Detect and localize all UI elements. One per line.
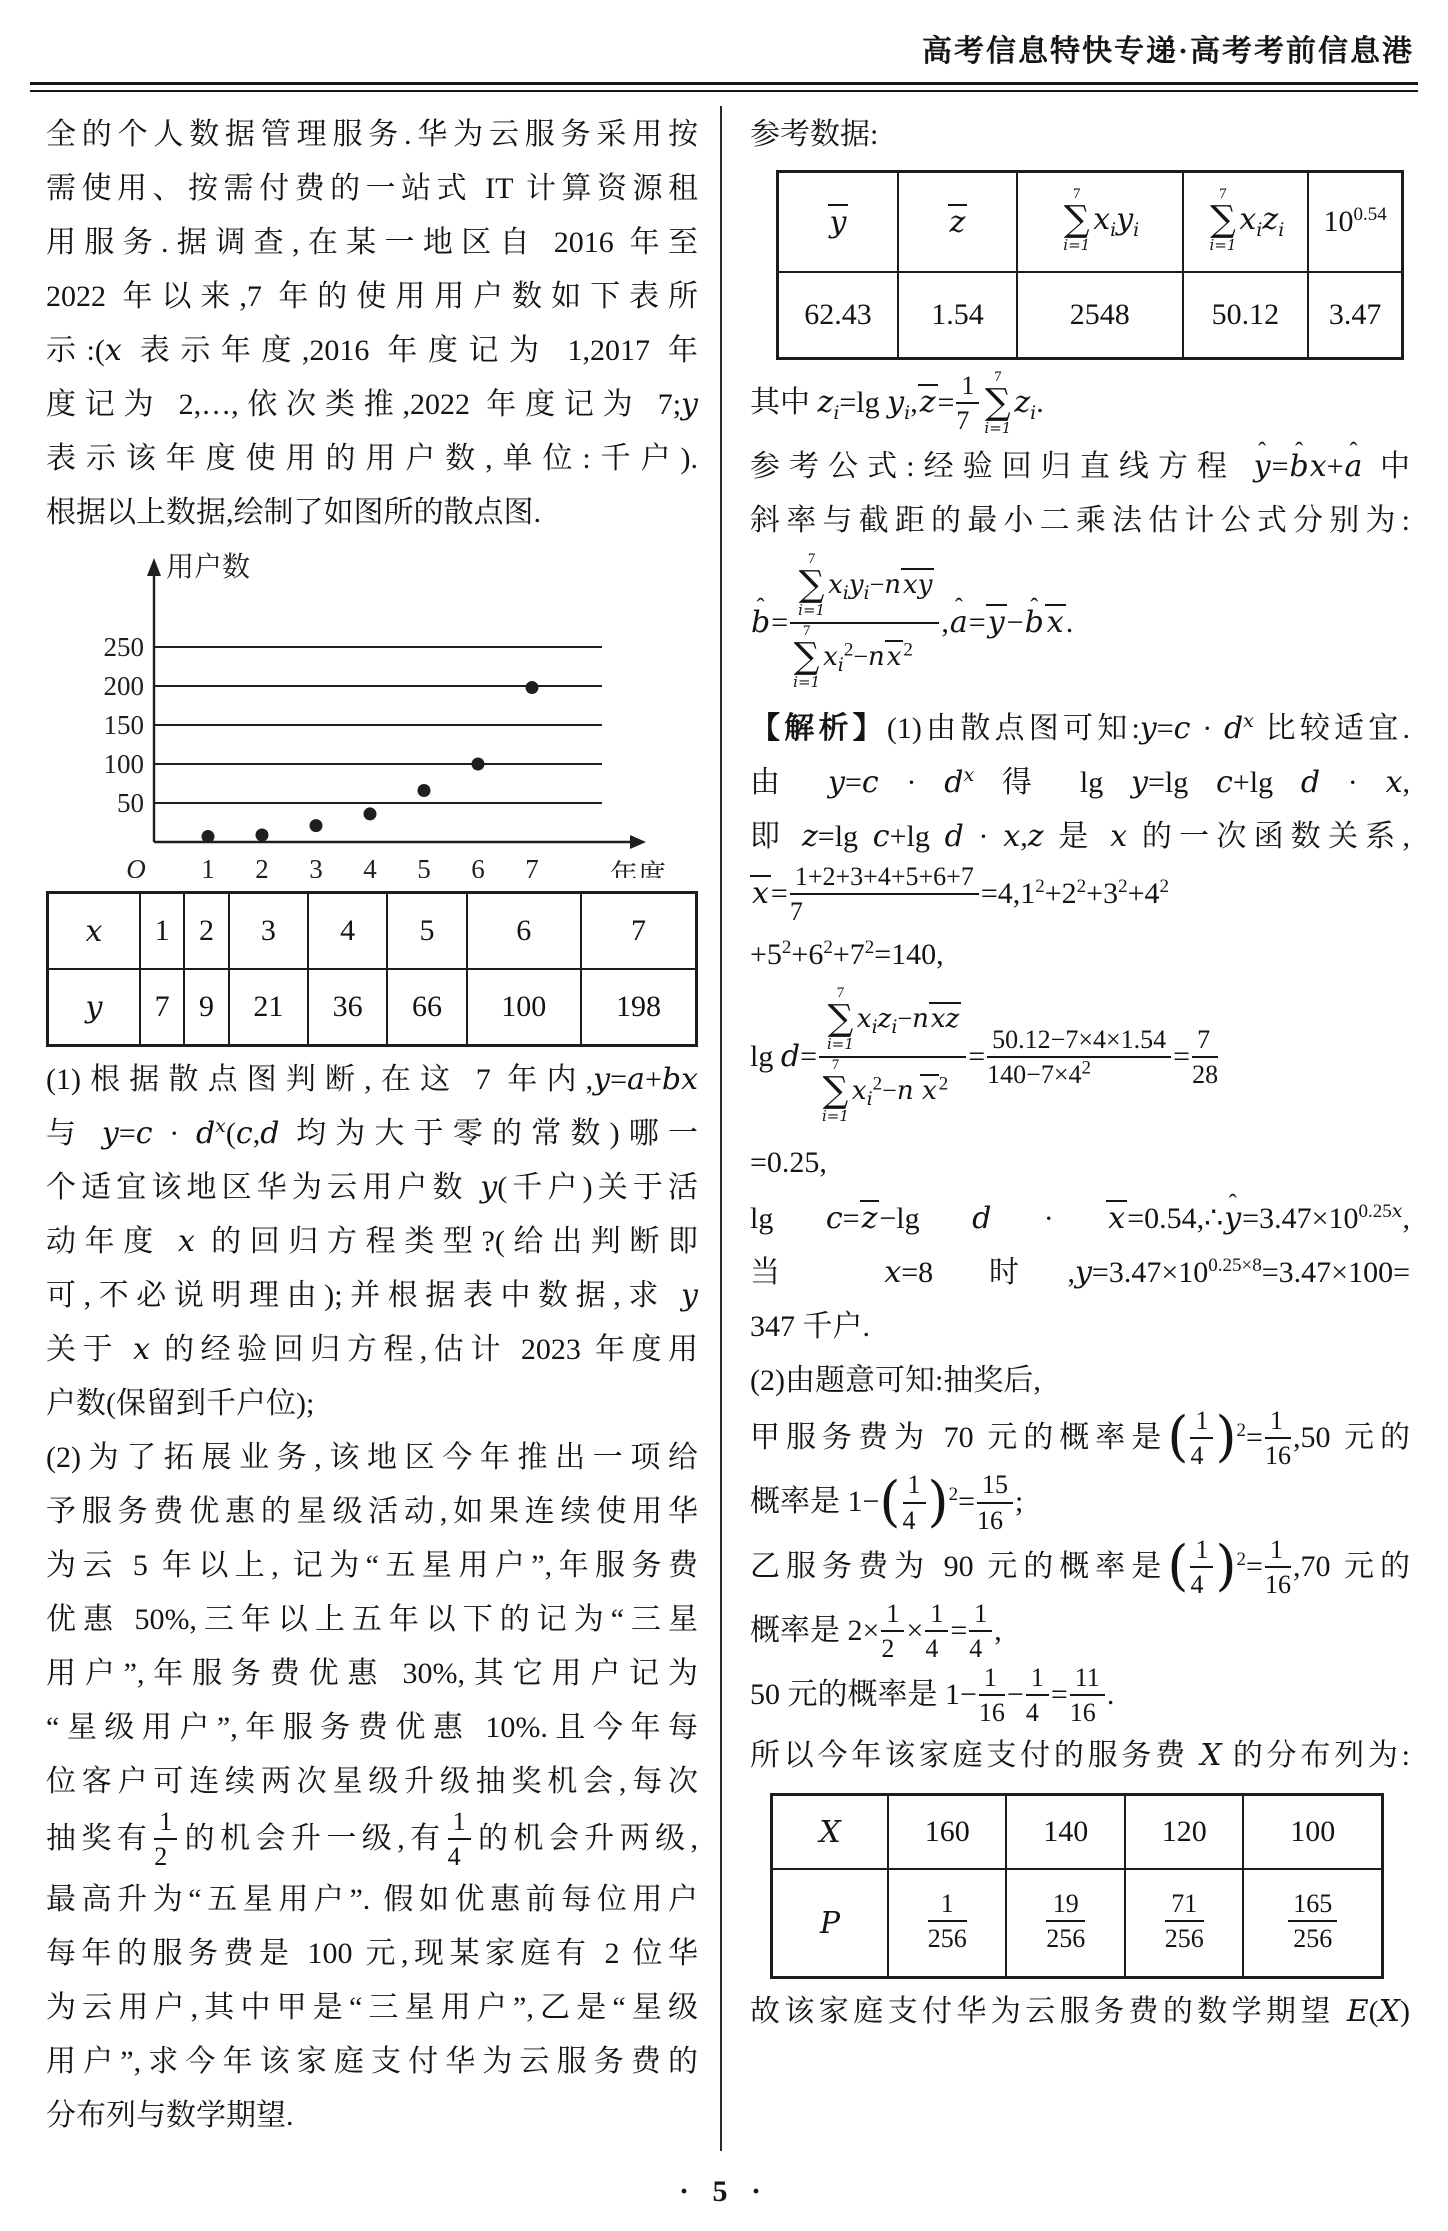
math-token: n xyxy=(897,1076,914,1106)
math-token: z xyxy=(946,1004,960,1034)
intro-paragraph: 全的个人数据管理服务.华为云服务采用按需使用、按需付费的一站式 IT 计算资源租… xyxy=(46,108,698,540)
solution-line: 由 y=c · dx 得 lg y=lg c+lg d · x, xyxy=(750,756,1410,810)
math-token: 7∑i=1 xyxy=(984,370,1011,436)
math-token: c xyxy=(1216,765,1233,800)
math-token: d xyxy=(945,819,964,854)
math-token: 7∑i=1 xyxy=(822,1058,849,1124)
math-token: ˆy xyxy=(1254,438,1271,494)
solution-paragraph: 其中 zi=lg yi,z=177∑i=1zi.参考公式:经验回归直线方程 ˆy… xyxy=(750,372,1410,1783)
math-token: 2 xyxy=(949,1484,959,1505)
math-token: 2 xyxy=(1081,1058,1091,1079)
question-line: 用户”,年服务费优惠 30%,其它用户记为 xyxy=(46,1647,698,1701)
intro-line: 表示该年度使用的用户数,单位:千户). xyxy=(46,432,698,486)
math-token: d xyxy=(781,1039,800,1074)
math-token: 14 xyxy=(925,1599,948,1663)
math-token: i xyxy=(904,403,910,424)
x-tick-label: 1 xyxy=(201,854,215,878)
table-cell: 36 xyxy=(308,969,387,1046)
math-token: 2 xyxy=(782,937,792,958)
question-paragraph: (1)根据散点图判断,在这 7 年内,y=a+bx与 y=c · dx(c,d … xyxy=(46,1053,698,2143)
math-token: c xyxy=(826,1201,843,1236)
math-token: x xyxy=(1093,202,1110,237)
math-token: x xyxy=(178,1224,195,1259)
table-cell: 100.54 xyxy=(1308,172,1402,273)
table-cell: 19256 xyxy=(1006,1869,1124,1978)
page-number: · 5 · xyxy=(679,2175,769,2208)
math-token: ˆa xyxy=(950,594,968,650)
reference-data-table: yz7∑i=1xiyi7∑i=1xizi100.5462.431.5425485… xyxy=(776,170,1404,360)
table-cell: 5 xyxy=(387,893,466,970)
math-token: x xyxy=(1110,819,1127,854)
math-token: c xyxy=(136,1116,153,1151)
data-point xyxy=(256,828,269,841)
table-cell: 2548 xyxy=(1017,272,1183,359)
y-axis-label: 用户数 xyxy=(166,551,250,583)
table-cell: 2 xyxy=(184,893,228,970)
question-line: 用户”,求今年该家庭支付华为云服务费的 xyxy=(46,2035,698,2089)
page-footer: · 5 · xyxy=(0,2175,1448,2209)
x-axis-arrow xyxy=(630,835,646,849)
math-token: d xyxy=(944,765,963,800)
table-cell: 7∑i=1xizi xyxy=(1183,172,1309,273)
question-line: 予服务费优惠的星级活动,如果连续使用华 xyxy=(46,1485,698,1539)
math-token: x xyxy=(884,1255,901,1290)
distribution-table: X160140120100P12561925671256165256 xyxy=(770,1793,1384,1979)
math-token: x xyxy=(885,640,904,671)
exam-page: 高考信息特快专递·高考考前信息港 全的个人数据管理服务.华为云服务采用按需使用、… xyxy=(0,0,1448,2231)
math-token: y xyxy=(681,387,698,422)
x-tick-label: 5 xyxy=(417,854,431,878)
left-column: 全的个人数据管理服务.华为云服务采用按需使用、按需付费的一站式 IT 计算资源租… xyxy=(30,106,722,2151)
table-cell: 21 xyxy=(229,969,308,1046)
math-token: y xyxy=(681,1278,698,1313)
math-token: x xyxy=(857,1004,872,1034)
question-line: 优惠 50%,三年以上五年以下的记为“三星 xyxy=(46,1593,698,1647)
math-token: 2 xyxy=(844,639,854,660)
math-token: 116 xyxy=(1265,1406,1291,1470)
table-cell: 3 xyxy=(229,893,308,970)
math-token: y xyxy=(102,1116,119,1151)
table-cell: 7 xyxy=(140,969,184,1046)
math-token: x xyxy=(1003,819,1020,854)
math-token: 0.54 xyxy=(1353,204,1386,225)
solution-line: 甲服务费为 70 元的概率是(14)2=116,50 元的 xyxy=(750,1408,1410,1472)
math-token: x xyxy=(852,1076,867,1106)
math-token: x xyxy=(823,642,838,672)
math-token: 116 xyxy=(979,1663,1005,1727)
solution-line: x=1+2+3+4+5+6+77=4,12+22+32+42 xyxy=(750,864,1410,928)
math-token: y xyxy=(828,765,845,800)
table-cell: y xyxy=(48,969,141,1046)
table-row: y79213666100198 xyxy=(48,969,697,1046)
table-cell: 1256 xyxy=(888,1869,1006,1978)
math-token: i xyxy=(904,402,910,424)
math-token: i xyxy=(1278,220,1284,241)
math-token: d xyxy=(1301,765,1320,800)
math-token: 7∑i=1 xyxy=(1063,187,1090,253)
math-token: x xyxy=(133,1332,150,1367)
scatter-chart-svg: 501001502002501234567O用户数年度 xyxy=(90,546,680,878)
math-token: x xyxy=(1392,1200,1403,1222)
math-token: ˆa xyxy=(1345,438,1363,494)
math-token: 2 xyxy=(903,639,913,660)
data-point xyxy=(364,807,377,820)
math-token: 50.12−7×4×1.54140−7×42 xyxy=(987,1025,1171,1089)
math-token: d xyxy=(972,1201,991,1236)
y-tick-label: 100 xyxy=(104,749,145,779)
math-token: z xyxy=(1262,202,1278,237)
intro-line: 用服务.据调查,在某一地区自 2016 年至 xyxy=(46,216,698,270)
solution-line: 当 x=8 时,y=3.47×100.25×8=3.47×100= xyxy=(750,1246,1410,1300)
math-token: 1116 xyxy=(1070,1663,1105,1727)
math-token: d xyxy=(260,1116,279,1151)
math-token: X xyxy=(1379,1994,1400,2029)
x-tick-label: 6 xyxy=(471,854,485,878)
math-token: i xyxy=(1133,220,1139,241)
math-token: y xyxy=(887,385,904,420)
table-cell: 1 xyxy=(140,893,184,970)
math-token: i xyxy=(864,583,870,604)
math-token: ( xyxy=(1167,1534,1188,1597)
math-token: x xyxy=(681,1062,698,1097)
math-token: 2 xyxy=(1237,1549,1247,1570)
math-token: x xyxy=(1243,711,1254,732)
math-token: 2 xyxy=(1160,876,1170,897)
math-token: i xyxy=(1030,402,1036,424)
math-token: x xyxy=(963,765,974,786)
math-token: z xyxy=(950,205,966,240)
table-cell: x xyxy=(48,893,141,970)
table-cell: z xyxy=(898,172,1017,273)
math-token: 14 xyxy=(969,1599,992,1663)
closing-paragraph: 故该家庭支付华为云服务费的数学期望 E(X) xyxy=(750,1985,1410,2039)
table-row: 62.431.54254850.123.47 xyxy=(778,272,1403,359)
math-token: x xyxy=(1310,449,1327,484)
right-column: 参考数据: yz7∑i=1xiyi7∑i=1xizi100.5462.431.5… xyxy=(722,106,1410,2151)
table-cell: 3.47 xyxy=(1308,272,1402,359)
table-cell: 62.43 xyxy=(778,272,899,359)
math-token: 2 xyxy=(1035,876,1045,897)
table-cell: 4 xyxy=(308,893,387,970)
math-token: 7∑i=1 xyxy=(798,552,825,618)
math-token: y xyxy=(918,570,933,600)
table-cell: 1.54 xyxy=(898,272,1017,359)
math-token: xz xyxy=(929,1002,961,1033)
math-token: 12 xyxy=(881,1599,904,1663)
math-token: x xyxy=(1106,1200,1127,1235)
math-token: 116 xyxy=(1265,1535,1291,1599)
math-token: ˆb xyxy=(1289,438,1308,494)
data-point xyxy=(310,819,323,832)
math-token: n xyxy=(884,570,901,600)
math-token: 14 xyxy=(903,1470,926,1534)
solution-line: +52+62+72=140, xyxy=(750,928,1410,982)
math-token: z xyxy=(802,819,818,854)
math-token: 14 xyxy=(1026,1663,1049,1727)
math-token: x xyxy=(215,1116,226,1137)
math-token: X xyxy=(819,1815,840,1850)
solution-line: ˆb=7∑i=1xiyi−nxy7∑i=1xi2−nx2,ˆa=y−ˆbx. xyxy=(750,556,1410,694)
math-token: z xyxy=(920,385,936,420)
table-row: X160140120100 xyxy=(772,1795,1383,1870)
solution-line: 概率是 2×12×14=14, xyxy=(750,1601,1410,1665)
math-token: 0.25x xyxy=(1359,1201,1403,1222)
data-point xyxy=(202,830,215,843)
table-cell: 7∑i=1xiyi xyxy=(1017,172,1183,273)
math-token: x xyxy=(750,875,771,910)
math-token: x xyxy=(931,1004,946,1034)
math-token: x xyxy=(1108,1201,1125,1236)
math-token: ) xyxy=(1215,1405,1236,1468)
math-token: a xyxy=(627,1062,645,1097)
math-token: z xyxy=(1014,385,1030,420)
math-token: y xyxy=(830,205,847,240)
solution-line: =0.25, xyxy=(750,1136,1410,1190)
table-cell: 9 xyxy=(184,969,228,1046)
solution-line: (2)由题意可知:抽奖后, xyxy=(750,1354,1410,1408)
math-token: x xyxy=(752,876,769,911)
math-token: ( xyxy=(1167,1405,1188,1468)
math-token: 2 xyxy=(1237,1420,1247,1441)
table-cell: 71256 xyxy=(1125,1869,1243,1978)
y-tick-label: 50 xyxy=(117,788,144,818)
table-cell: 100 xyxy=(1243,1795,1382,1870)
solution-line: 斜率与截距的最小二乘法估计公式分别为: xyxy=(750,494,1410,548)
closing-line: 故该家庭支付华为云服务费的数学期望 E(X) xyxy=(750,1985,1410,2039)
x-tick-label: 3 xyxy=(309,854,323,878)
math-token: c xyxy=(862,765,879,800)
math-token: z xyxy=(862,1201,878,1236)
math-token: 7∑i=1 xyxy=(827,986,854,1052)
math-token: x xyxy=(1386,765,1403,800)
math-token: 0.25×8 xyxy=(1208,1255,1261,1276)
page-header: 高考信息特快专递·高考考前信息港 xyxy=(30,10,1418,82)
question-line: 最高升为“五星用户”. 假如优惠前每位用户 xyxy=(46,1873,698,1927)
table-cell: y xyxy=(778,172,899,273)
question-line: 分布列与数学期望. xyxy=(46,2089,698,2143)
math-token: i xyxy=(1030,403,1036,424)
solution-line: 其中 zi=lg yi,z=177∑i=1zi. xyxy=(750,372,1410,438)
math-token: y xyxy=(849,570,864,600)
math-token: x xyxy=(215,1115,226,1137)
math-token: i xyxy=(891,1017,897,1038)
question-line: 抽奖有12的机会升一级,有14的机会升两级, xyxy=(46,1809,698,1873)
math-token: E xyxy=(1347,1994,1369,2029)
math-token: i xyxy=(833,403,839,424)
solution-line: 参考公式:经验回归直线方程 ˆy=ˆbx+ˆa 中 xyxy=(750,438,1410,494)
question-line: 位客户可连续两次星级升级抽奖机会,每次 xyxy=(46,1755,698,1809)
solution-line: 【解析】(1)由散点图可知:y=c · dx 比较适宜. xyxy=(750,702,1410,756)
intro-line: 2022 年以来,7 年的使用用户数如下表所 xyxy=(46,270,698,324)
math-token: i xyxy=(1133,219,1139,241)
solution-line: 即 z=lg c+lg d · x,z 是 x 的一次函数关系, xyxy=(750,810,1410,864)
math-token: n xyxy=(912,1004,929,1034)
table-row: P12561925671256165256 xyxy=(772,1869,1383,1978)
intro-line: 需使用、按需付费的一站式 IT 计算资源租 xyxy=(46,162,698,216)
table-cell: 66 xyxy=(387,969,466,1046)
header-title: 高考信息特快专递·高考考前信息港 xyxy=(922,35,1414,68)
math-token: z xyxy=(1028,819,1044,854)
math-token: 14 xyxy=(1190,1406,1213,1470)
math-token: X xyxy=(1200,1738,1221,1773)
intro-line: 根据以上数据,绘制了如图所的散点图. xyxy=(46,486,698,540)
y-tick-label: 250 xyxy=(104,632,145,662)
math-token: xy xyxy=(901,568,934,599)
origin-label: O xyxy=(126,854,146,878)
math-token: x xyxy=(1047,605,1064,640)
math-token: x xyxy=(920,1074,939,1105)
table-cell: P xyxy=(772,1869,889,1978)
math-token: y xyxy=(480,1170,497,1205)
solution-line: 概率是 1−(14)2=1516; xyxy=(750,1472,1410,1536)
math-token: d xyxy=(196,1116,215,1151)
math-token: x xyxy=(922,1076,937,1106)
math-token: 14 xyxy=(448,1807,471,1871)
math-token: ( xyxy=(879,1470,900,1533)
math-token: x xyxy=(105,333,122,368)
solution-line: 50 元的概率是 1−116−14=1116. xyxy=(750,1665,1410,1729)
math-token: y xyxy=(1131,765,1148,800)
math-token: z xyxy=(948,204,968,239)
x-tick-label: 2 xyxy=(255,854,269,878)
question-line: (1)根据散点图判断,在这 7 年内,y=a+bx xyxy=(46,1053,698,1107)
y-axis-arrow xyxy=(147,558,161,576)
math-token: z xyxy=(918,384,938,419)
math-token: P xyxy=(820,1906,840,1941)
scatter-chart: 501001502002501234567O用户数年度 xyxy=(90,546,698,883)
table-cell: 7 xyxy=(581,893,697,970)
solution-line: 乙服务费为 90 元的概率是(14)2=116,70 元的 xyxy=(750,1537,1410,1601)
math-token: 1+2+3+4+5+6+77 xyxy=(790,862,979,926)
math-token: x xyxy=(887,642,902,672)
math-token: 728 xyxy=(1192,1025,1218,1089)
math-token: 2 xyxy=(1077,876,1087,897)
math-token: y xyxy=(593,1062,610,1097)
math-token: z xyxy=(818,385,834,420)
math-token: ˆy xyxy=(1224,1190,1241,1246)
question-line: 为云 5 年以上, 记为“五星用户”,年服务费 xyxy=(46,1539,698,1593)
math-token: 165256 xyxy=(1288,1889,1337,1953)
math-token: 2 xyxy=(873,1074,883,1095)
question-line: 每年的服务费是 100 元,现某家庭有 2 位华 xyxy=(46,1927,698,1981)
table-cell: 50.12 xyxy=(1183,272,1309,359)
question-line: (2)为了拓展业务,该地区今年推出一项给 xyxy=(46,1431,698,1485)
question-line: 与 y=c · dx(c,d 均为大于零的常数)哪一 xyxy=(46,1107,698,1161)
math-token: y xyxy=(828,204,849,239)
solution-line: lg d=7∑i=1xizi−nxz7∑i=1xi2−n x2=50.12−7×… xyxy=(750,990,1410,1128)
math-token: y xyxy=(988,605,1005,640)
math-token: x xyxy=(1045,604,1066,639)
question-line: “星级用户”,年服务费优惠 10%.且今年每 xyxy=(46,1701,698,1755)
math-token: x xyxy=(963,764,974,786)
table-cell: 165256 xyxy=(1243,1869,1382,1978)
table-row: yz7∑i=1xiyi7∑i=1xizi100.54 xyxy=(778,172,1403,273)
math-token: 2 xyxy=(1118,876,1128,897)
math-token: z xyxy=(860,1200,880,1235)
math-token: 7∑i=1xizi−nxz7∑i=1xi2−n x2 xyxy=(819,988,966,1126)
math-token: y xyxy=(1116,202,1133,237)
y-tick-label: 200 xyxy=(104,671,145,701)
math-token: 2 xyxy=(939,1074,949,1095)
y-tick-label: 150 xyxy=(104,710,145,740)
intro-line: 全的个人数据管理服务.华为云服务采用按 xyxy=(46,108,698,162)
math-token: 7∑i=1xiyi−nxy7∑i=1xi2−nx2 xyxy=(790,554,939,692)
math-token: 【解析】 xyxy=(750,712,887,745)
math-token: 17 xyxy=(956,371,979,435)
question-line: 动年度 x 的回归方程类型?(给出判断即 xyxy=(46,1215,698,1269)
math-token: i xyxy=(891,1016,897,1038)
math-token: x xyxy=(903,570,918,600)
question-line: 个适宜该地区华为云用户数 y(千户)关于活 xyxy=(46,1161,698,1215)
math-token: ) xyxy=(1215,1534,1236,1597)
intro-line: 示:(x 表示年度,2016 年度记为 1,2017 年 xyxy=(46,324,698,378)
table-cell: 140 xyxy=(1006,1795,1124,1870)
math-token: 7∑i=1 xyxy=(793,624,820,690)
math-token: 12 xyxy=(154,1807,177,1871)
table-cell: 198 xyxy=(581,969,697,1046)
math-token: 14 xyxy=(1190,1535,1213,1599)
math-token: i xyxy=(833,402,839,424)
ref-data-label: 参考数据: xyxy=(750,108,1410,162)
math-token: c xyxy=(873,819,890,854)
question-line: 户数(保留到千户位); xyxy=(46,1377,698,1431)
math-token: d xyxy=(1224,711,1243,746)
question-line: 关于 x 的经验回归方程,估计 2023 年度用 xyxy=(46,1323,698,1377)
table-row: x1234567 xyxy=(48,893,697,970)
math-token: y xyxy=(986,604,1007,639)
user-data-table: x1234567y79213666100198 xyxy=(46,891,698,1047)
data-point xyxy=(472,758,485,771)
math-token: i xyxy=(864,582,870,604)
math-token: 2 xyxy=(823,937,833,958)
data-point xyxy=(418,784,431,797)
content-columns: 全的个人数据管理服务.华为云服务采用按需使用、按需付费的一站式 IT 计算资源租… xyxy=(30,106,1418,2151)
math-token: 19256 xyxy=(1046,1889,1085,1953)
math-token: y xyxy=(1075,1255,1092,1290)
math-token: ˆb xyxy=(1025,594,1044,650)
header-rule xyxy=(30,82,1418,92)
data-point xyxy=(526,681,539,694)
math-token: y xyxy=(86,990,103,1025)
math-token: n xyxy=(868,642,885,672)
solution-line: 所以今年该家庭支付的服务费 X 的分布列为: xyxy=(750,1729,1410,1783)
math-token: 1516 xyxy=(977,1470,1013,1534)
math-token: ˆb xyxy=(751,594,770,650)
math-token: x xyxy=(1239,202,1256,237)
math-token: 71256 xyxy=(1165,1889,1204,1953)
math-token: x xyxy=(1243,710,1254,732)
math-token: i xyxy=(1278,219,1284,241)
math-token: x xyxy=(828,570,843,600)
table-cell: X xyxy=(772,1795,889,1870)
math-token: x xyxy=(86,914,103,949)
math-token: y xyxy=(1140,711,1157,746)
x-axis-label: 年度 xyxy=(610,859,666,878)
solution-line: 347 千户. xyxy=(750,1300,1410,1354)
x-tick-label: 4 xyxy=(363,854,377,878)
question-line: 可,不必说明理由);并根据表中数据,求 y xyxy=(46,1269,698,1323)
table-cell: 6 xyxy=(467,893,581,970)
math-token: b xyxy=(662,1062,681,1097)
math-token: ) xyxy=(928,1470,949,1533)
x-tick-label: 7 xyxy=(525,854,539,878)
intro-line: 度记为 2,…,依次类推,2022 年度记为 7;y xyxy=(46,378,698,432)
math-token: c xyxy=(1174,711,1191,746)
table-cell: 160 xyxy=(888,1795,1006,1870)
math-token: 2 xyxy=(865,937,875,958)
table-cell: 100 xyxy=(467,969,581,1046)
question-line: 为云用户,其中甲是“三星用户”,乙是“星级 xyxy=(46,1981,698,2035)
